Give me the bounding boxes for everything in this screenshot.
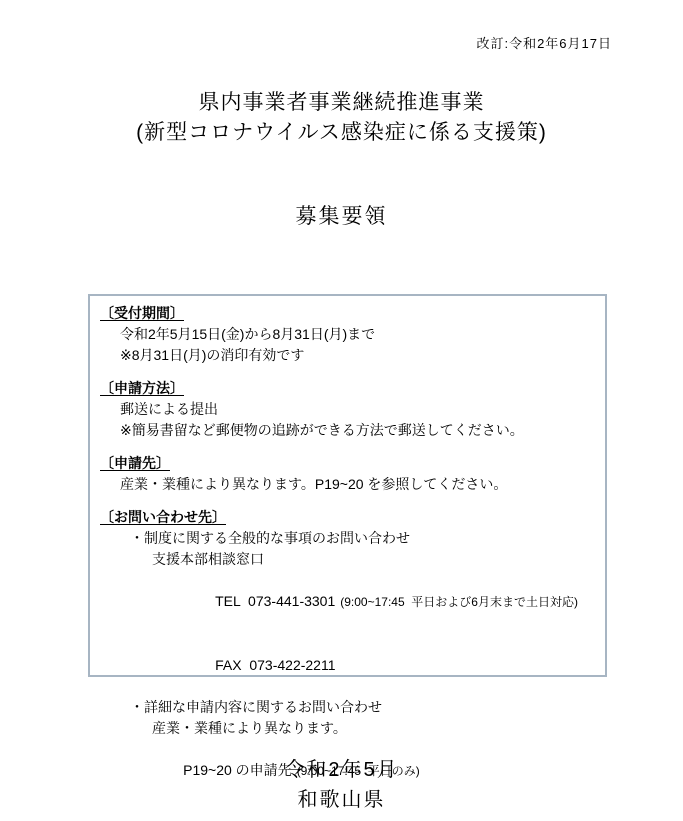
title-line-2: (新型コロナウイルス感染症に係る支援策) — [0, 118, 683, 148]
support-desk-name: 支援本部相談窓口 — [152, 549, 595, 570]
revision-date-note: 改訂:令和2年6月17日 — [0, 0, 683, 52]
title-line-1: 県内事業者事業継続推進事業 — [0, 88, 683, 118]
application-method-line: 郵送による提出 — [120, 399, 595, 420]
section-heading: 〔お問い合わせ先〕 — [100, 507, 595, 528]
section-heading-text: 〔申請先〕 — [100, 455, 170, 471]
application-destination-line: 産業・業種により異なります。P19~20 を参照してください。 — [120, 474, 595, 495]
section-heading: 〔申請方法〕 — [100, 378, 595, 399]
contact-detail-inquiries-bullet: ・詳細な申請内容に関するお問い合わせ — [130, 697, 595, 718]
section-heading-text: 〔お問い合わせ先〕 — [100, 509, 226, 525]
reception-period-line: 令和2年5月15日(金)から8月31日(月)まで — [120, 324, 595, 345]
document-title: 県内事業者事業継続推進事業 (新型コロナウイルス感染症に係る支援策) — [0, 88, 683, 148]
tel-hours-note: (9:00~17:45 平日および6月末まで土日対応) — [340, 595, 578, 609]
section-heading: 〔申請先〕 — [100, 453, 595, 474]
section-application-destination: 〔申請先〕 産業・業種により異なります。P19~20 を参照してください。 — [100, 453, 595, 495]
section-heading-text: 〔受付期間〕 — [100, 305, 184, 321]
fax-number: FAX 073-422-2211 — [215, 657, 335, 673]
tel-number: TEL 073-441-3301 — [215, 593, 335, 609]
section-heading-text: 〔申請方法〕 — [100, 380, 184, 396]
mailing-method-note: ※簡易書留など郵便物の追跡ができる方法で郵送してください。 — [120, 420, 595, 441]
section-heading: 〔受付期間〕 — [100, 303, 595, 324]
footer-organization: 和歌山県 — [0, 785, 683, 815]
document-subtitle: 募集要領 — [0, 200, 683, 230]
fax-line: FAX 073-422-2211 — [184, 634, 595, 697]
varies-by-industry-line: 産業・業種により異なります。 — [152, 718, 595, 739]
contact-general-inquiries-bullet: ・制度に関する全般的な事項のお問い合わせ — [130, 528, 595, 549]
section-reception-period: 〔受付期間〕 令和2年5月15日(金)から8月31日(月)まで ※8月31日(月… — [100, 303, 595, 366]
postmark-validity-note: ※8月31日(月)の消印有効です — [120, 345, 595, 366]
footer-date: 令和2年5月 — [0, 755, 683, 785]
tel-line: TEL 073-441-3301(9:00~17:45 平日および6月末まで土日… — [184, 570, 595, 634]
section-application-method: 〔申請方法〕 郵送による提出 ※簡易書留など郵便物の追跡ができる方法で郵送してく… — [100, 378, 595, 441]
page-root: 改訂:令和2年6月17日 県内事業者事業継続推進事業 (新型コロナウイルス感染症… — [0, 0, 683, 821]
document-footer: 令和2年5月 和歌山県 — [0, 755, 683, 815]
page-reference-text: P19~20 の申請先 — [183, 762, 292, 778]
info-box: 〔受付期間〕 令和2年5月15日(金)から8月31日(月)まで ※8月31日(月… — [88, 294, 607, 677]
